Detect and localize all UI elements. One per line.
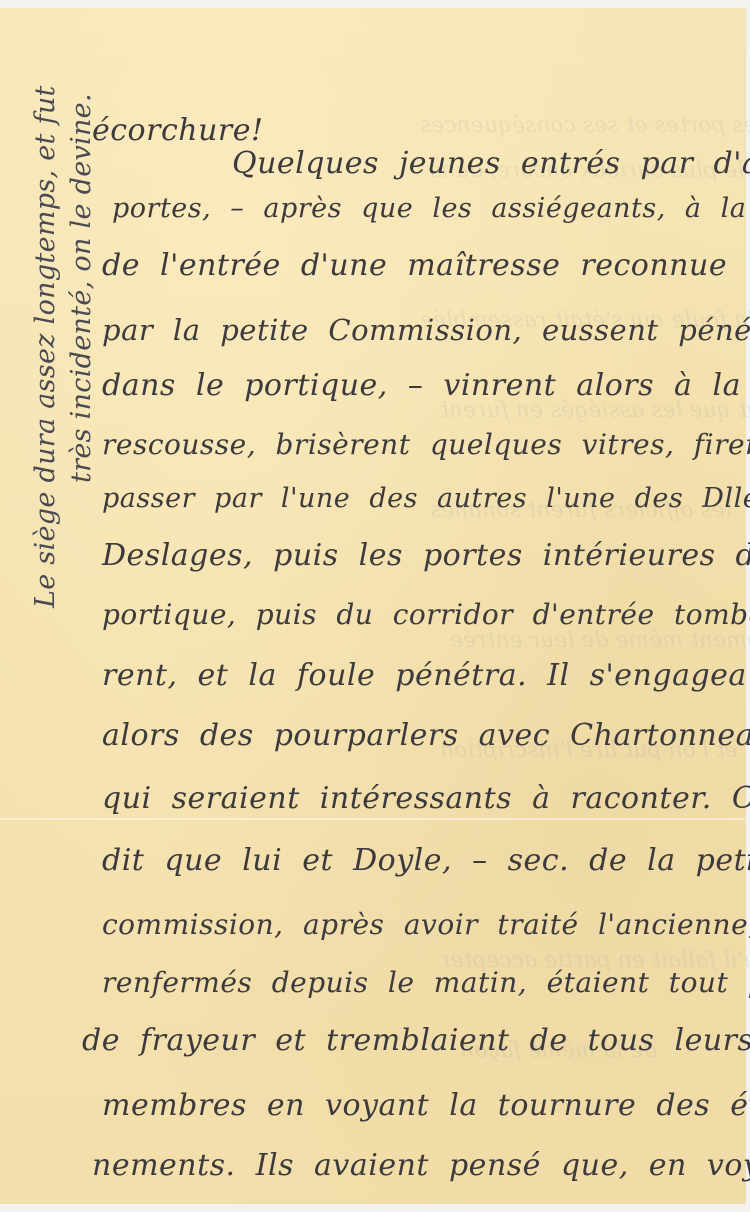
text-line-13: qui seraient intéressants à raconter. On: [102, 781, 750, 816]
text-line-9: Deslages, puis les portes intérieures du: [102, 538, 750, 573]
text-line-10: portique, puis du corridor d'entrée tomb…: [102, 598, 750, 631]
text-line-18: membres en voyant la tournure des évè –: [102, 1088, 750, 1123]
text-line-16: renfermés depuis le matin, étaient tout …: [102, 966, 750, 999]
margin-note-line-1: Le siège dura assez longtemps, et fut: [28, 85, 64, 608]
text-line-2: Quelques jeunes entrés par d'autres: [232, 146, 750, 181]
text-line-4: de l'entrée d'une maîtresse reconnue: [102, 248, 727, 283]
text-line-1: écorchure!: [92, 113, 264, 148]
text-line-6: dans le portique, – vinrent alors à la: [102, 368, 741, 403]
text-line-7: rescousse, brisèrent quelques vitres, fi…: [102, 428, 750, 461]
margin-note: Le siège dura assez longtemps, et fut tr…: [28, 85, 100, 608]
text-line-11: rent, et la foule pénétra. Il s'engagea: [102, 658, 747, 693]
letter-page: la défense des portes et ses conséquence…: [0, 8, 745, 1204]
text-line-12: alors des pourparlers avec Chartonneau: [102, 718, 750, 753]
text-line-19: nements. Ils avaient pensé que, en voyan…: [92, 1148, 750, 1183]
paper-fold-line: [0, 818, 745, 820]
text-line-14: dit que lui et Doyle, – sec. de la petit…: [102, 843, 750, 878]
text-line-3: portes, – après que les assiégeants, à l…: [112, 193, 750, 224]
text-line-15: commission, après avoir traité l'ancienn…: [102, 908, 750, 941]
margin-note-line-2: très incidenté, on le devine.: [64, 85, 100, 608]
text-line-5: par la petite Commission, eussent pénétr…: [102, 313, 750, 347]
text-line-17: de frayeur et tremblaient de tous leurs: [82, 1023, 750, 1058]
text-line-8: passer par l'une des autres l'une des Dl…: [102, 483, 750, 514]
